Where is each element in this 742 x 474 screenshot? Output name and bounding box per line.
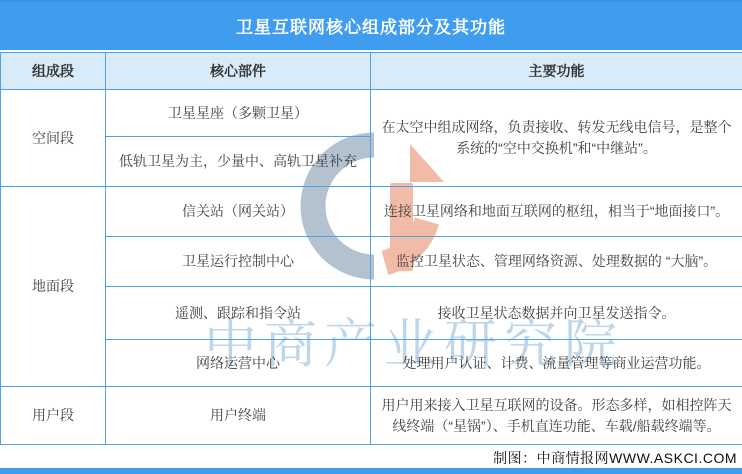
header-cell-function: 主要功能	[371, 53, 742, 90]
component-cell: 信关站（网关站）	[106, 187, 371, 237]
segment-cell-space: 空间段	[1, 90, 106, 187]
function-cell: 监控卫星状态、管理网络资源、处理数据的 “大脑”。	[371, 237, 742, 287]
component-cell: 用户终端	[106, 387, 371, 445]
table-row: 空间段 卫星星座（多颗卫星） 在太空中组成网络，负责接收、转发无线电信号，是整个…	[1, 90, 742, 137]
components-table: 组成段 核心部件 主要功能 空间段 卫星星座（多颗卫星） 在太空中组成网络，负责…	[0, 52, 742, 445]
component-cell: 遥测、跟踪和指令站	[106, 287, 371, 340]
function-cell: 连接卫星网络和地面互联网的枢纽，相当于“地面接口”。	[371, 187, 742, 237]
table-row: 网络运营中心 处理用户认证、计费、流量管理等商业运营功能。	[1, 340, 742, 387]
function-cell: 处理用户认证、计费、流量管理等商业运营功能。	[371, 340, 742, 387]
component-cell: 卫星星座（多颗卫星）	[106, 90, 371, 137]
chart-title: 卫星互联网核心组成部分及其功能	[236, 13, 506, 38]
table-row: 遥测、跟踪和指令站 接收卫星状态数据并向卫星发送指令。	[1, 287, 742, 340]
table-header-row: 组成段 核心部件 主要功能	[1, 53, 742, 90]
component-cell: 卫星运行控制中心	[106, 237, 371, 287]
segment-cell-user: 用户段	[1, 387, 106, 445]
function-cell: 用户用来接入卫星互联网的设备。形态多样，如相控阵天线终端（“星锅”）、手机直连功…	[371, 387, 742, 445]
table-row: 卫星运行控制中心 监控卫星状态、管理网络资源、处理数据的 “大脑”。	[1, 237, 742, 287]
table-row: 地面段 信关站（网关站） 连接卫星网络和地面互联网的枢纽，相当于“地面接口”。	[1, 187, 742, 237]
component-cell: 网络运营中心	[106, 340, 371, 387]
segment-cell-ground: 地面段	[1, 187, 106, 387]
credit-line: 制图：中商情报网WWW.ASKCI.COM	[493, 448, 737, 468]
table-row: 用户段 用户终端 用户用来接入卫星互联网的设备。形态多样，如相控阵天线终端（“星…	[1, 387, 742, 445]
header-cell-component: 核心部件	[106, 53, 371, 90]
function-cell: 接收卫星状态数据并向卫星发送指令。	[371, 287, 742, 340]
component-cell: 低轨卫星为主，少量中、高轨卫星补充	[106, 137, 371, 187]
chart-title-bar: 卫星互联网核心组成部分及其功能	[0, 0, 742, 50]
infographic-root: 卫星互联网核心组成部分及其功能 中商产业研究院 组成段 核心部件 主要功能 空间…	[0, 0, 742, 474]
header-cell-segment: 组成段	[1, 53, 106, 90]
bottom-accent-bar	[0, 468, 742, 474]
function-cell: 在太空中组成网络，负责接收、转发无线电信号，是整个系统的“空中交换机”和“中继站…	[371, 90, 742, 187]
